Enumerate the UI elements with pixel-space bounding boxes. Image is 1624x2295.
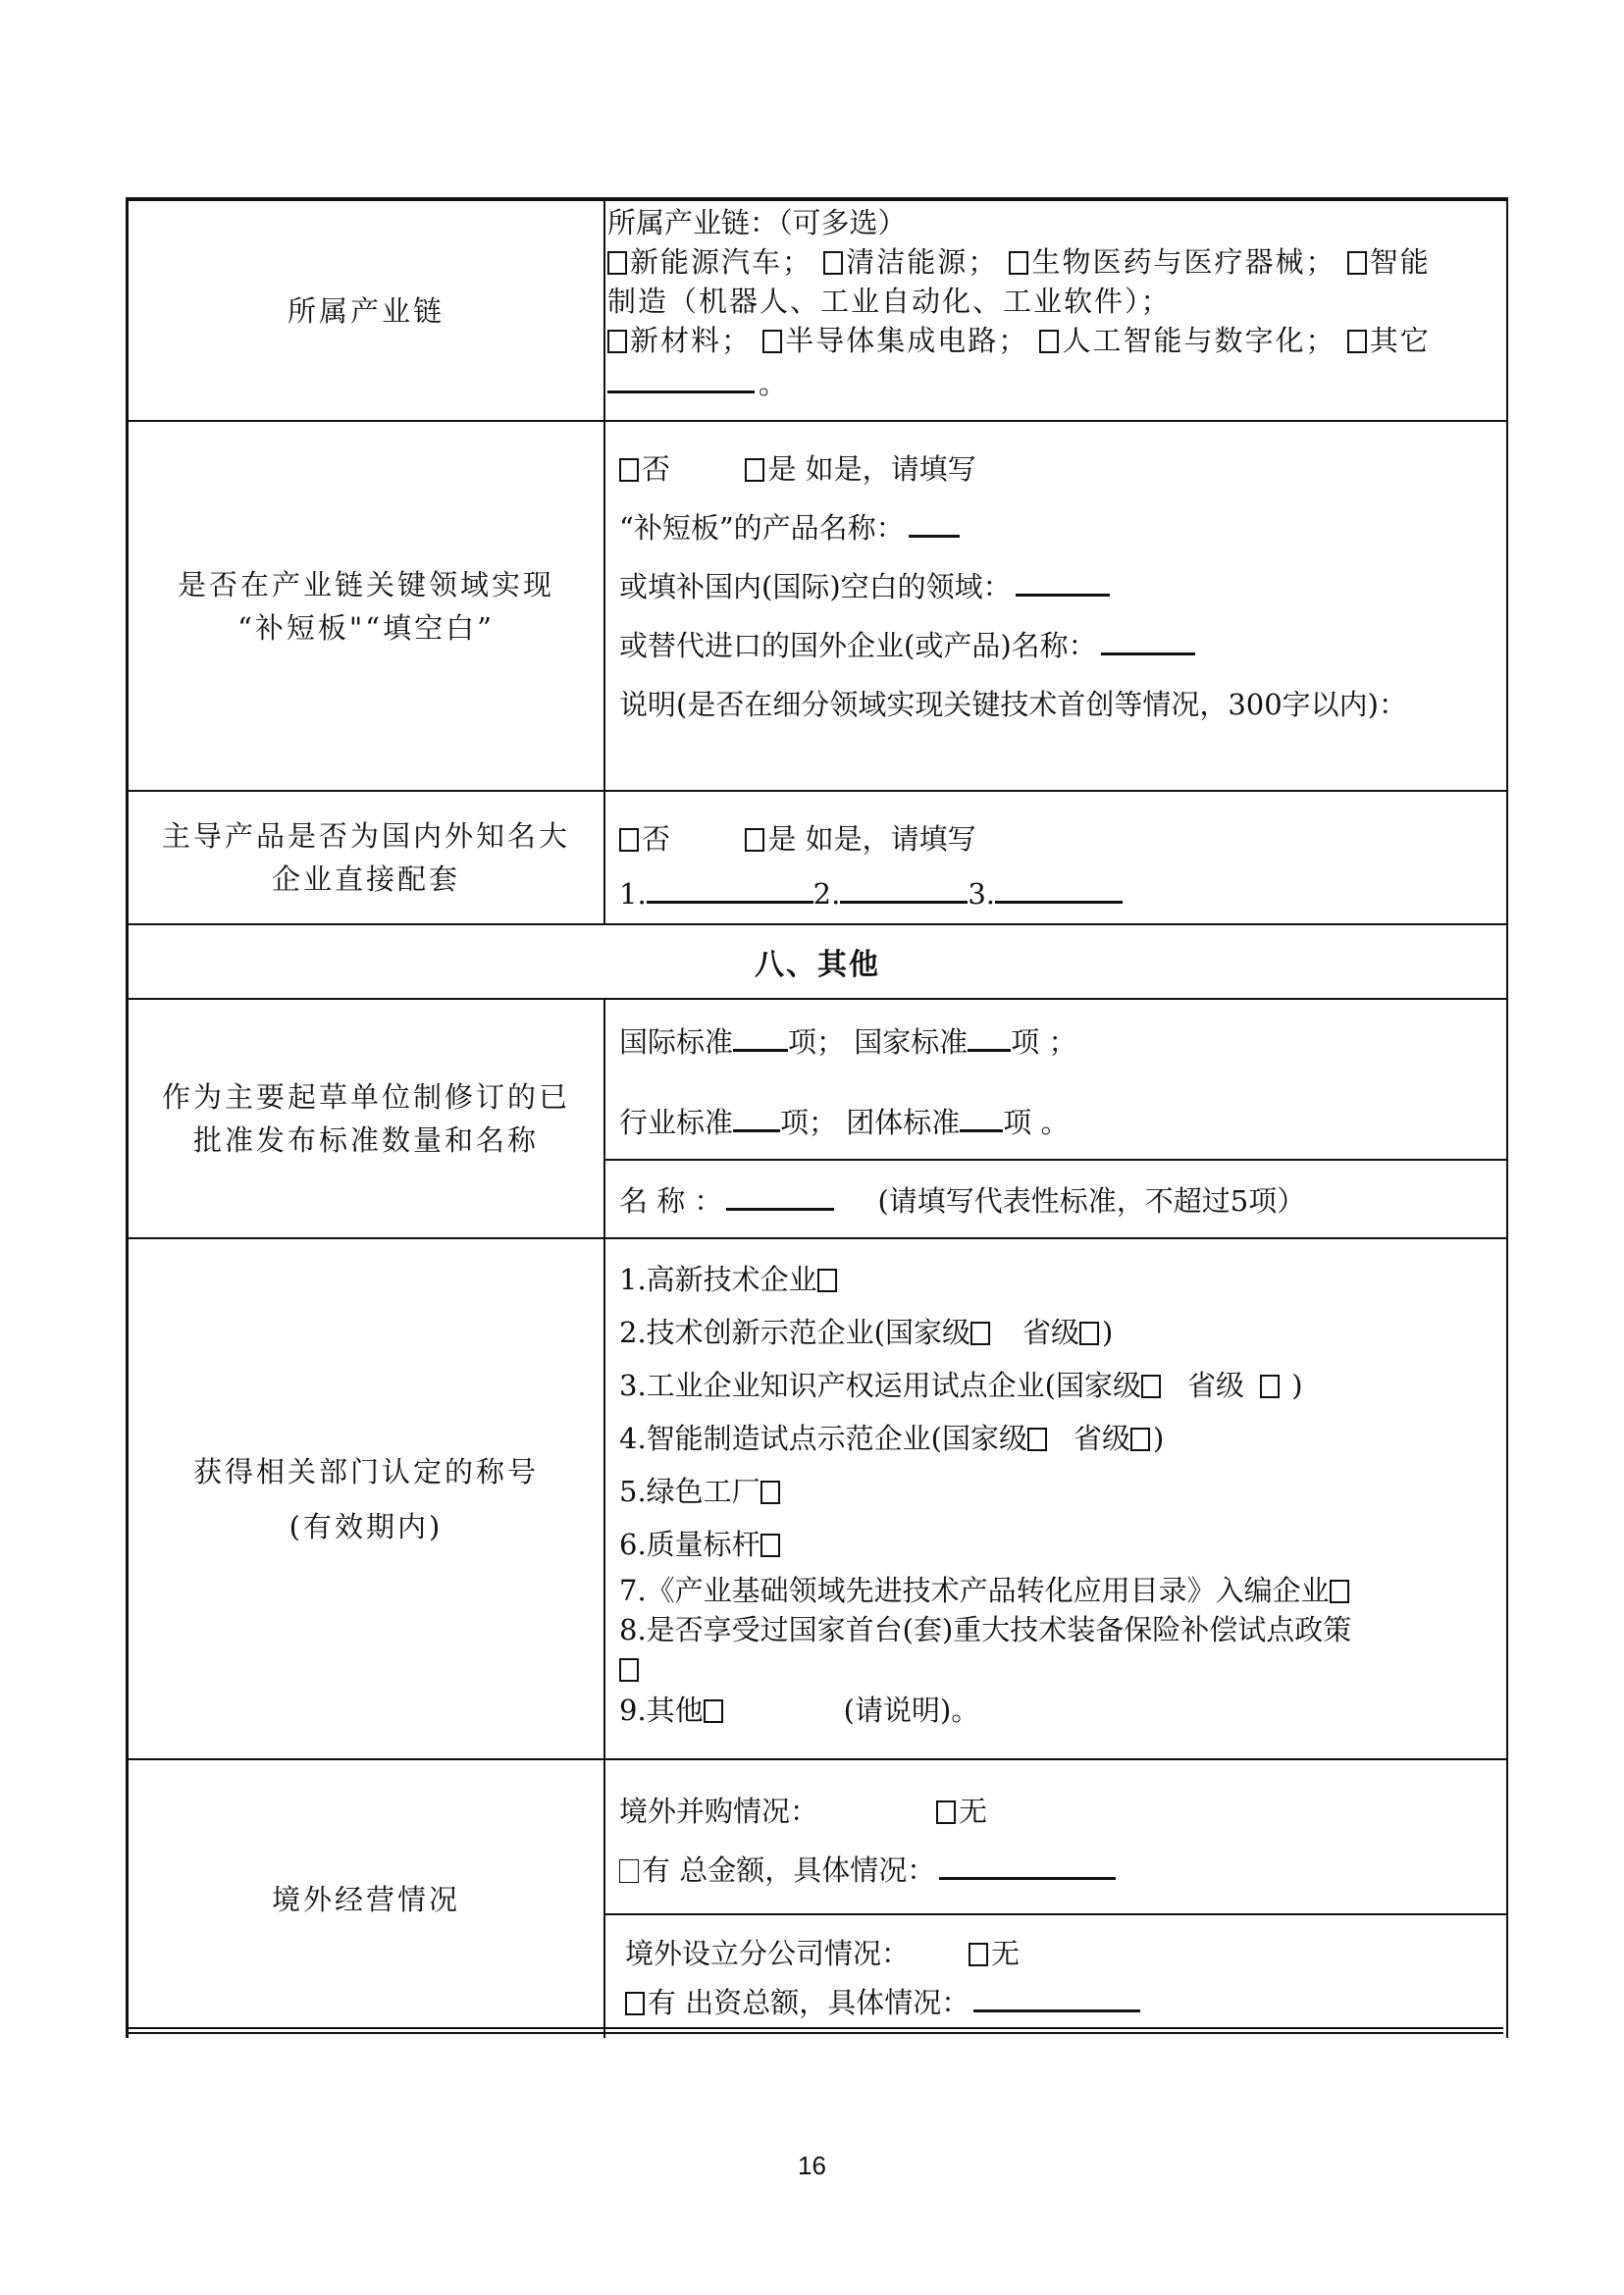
checkbox-biomedicine[interactable] [1009,251,1028,275]
row-supporting: 主导产品是否为国内外知名大 企业直接配套 否 是 如是，请填写 1.2.3. [129,792,1506,925]
title-ip-pilot: 3.工业企业知识产权运用试点企业(国家级 [619,1369,1141,1402]
option-intelligent-manufacturing: 智能 [1370,245,1431,279]
checkbox-ai-digital[interactable] [1039,330,1059,353]
ma-none-label: 无 [959,1795,987,1828]
ma-yes-label: 有 总金额，具体情况： [642,1853,935,1887]
intl-standard-count[interactable] [733,1048,788,1052]
domestic-gap-field[interactable] [1016,593,1110,597]
option-clean-energy: 清洁能源； [846,245,998,279]
paren: ) [1153,1422,1164,1455]
title-other-note: (请说明)。 [844,1694,980,1727]
unit: 项； [788,1025,845,1059]
shortboard-yes-label: 是 如是，请填写 [767,452,975,486]
shortboard-no-label: 否 [642,452,670,486]
overseas-ma-label: 境外并购情况： [619,1795,818,1828]
other-industry-field[interactable] [607,390,755,393]
checkbox-other[interactable] [1347,330,1367,353]
row-titles: 获得相关部门认定的称号 (有效期内) 1.高新技术企业 2.技术创新示范企业(国… [129,1239,1506,1760]
checkbox-shortboard-yes[interactable] [745,458,764,482]
checkbox-smart-manufacturing-national[interactable] [1027,1428,1047,1451]
ma-details-field[interactable] [939,1876,1116,1880]
branch-yes-label: 有 出资总额，具体情况： [648,1986,969,2019]
overseas-branch-label: 境外设立分公司情况： [625,1937,910,1970]
branch-details-field[interactable] [973,2008,1140,2012]
title-smart-manufacturing: 4.智能制造试点示范企业(国家级 [619,1422,1027,1455]
label-overseas: 境外经营情况 [129,1760,605,2038]
supporting-field-1[interactable] [647,900,813,904]
option-new-materials: 新材料； [630,324,752,357]
provincial-label: 省级 [1022,1316,1079,1349]
label-supporting-line1: 主导产品是否为国内外知名大 [162,814,570,858]
industry-standard-count[interactable] [733,1128,780,1132]
title-green-factory: 5.绿色工厂 [619,1475,760,1508]
label-shortboard-line2: “补短板"“填空白” [237,606,495,650]
checkbox-high-tech[interactable] [817,1269,837,1292]
shortboard-note: 说明(是否在细分领域实现关键技术首创等情况，300字以内)： [619,675,1506,734]
title-first-set-insurance: 8.是否享受过国家首台(套)重大技术装备保险补偿试点政策 [619,1613,1351,1646]
national-standard-label: 国家标准 [854,1025,968,1059]
label-titles-line1: 获得相关部门认定的称号 [193,1444,539,1499]
title-catalog: 7.《产业基础领域先进技术产品转化应用目录》入编企业 [619,1574,1330,1607]
checkbox-green-factory[interactable] [760,1481,780,1504]
table-bottom-border-2 [126,2032,1503,2034]
checkbox-ma-yes[interactable] [619,1859,639,1883]
paren: ) [1102,1316,1113,1349]
option-semiconductor: 半导体集成电路； [785,324,1028,357]
standard-name-label: 名 称 ： [619,1184,722,1218]
branch-none-label: 无 [991,1937,1020,1970]
option-new-energy-vehicle: 新能源汽车； [630,245,812,279]
supporting-no-label: 否 [642,822,670,856]
row-shortboard: 是否在产业链关键领域实现 “补短板"“填空白” 否 是 如是，请填写 “补短板”… [129,422,1506,792]
checkbox-intelligent-manufacturing[interactable] [1347,251,1367,275]
provincial-label: 省级 [1187,1369,1244,1402]
checkbox-branch-yes[interactable] [625,1992,645,2015]
checkbox-shortboard-no[interactable] [619,458,639,482]
table-bottom-border [126,2027,1503,2029]
item-3-label: 3. [968,877,995,911]
label-standards-line2: 批准发布标准数量和名称 [193,1119,539,1162]
checkbox-ip-pilot-provincial[interactable] [1260,1375,1280,1398]
option-biomedicine: 生物医药与医疗器械； [1031,245,1336,279]
supporting-field-3[interactable] [995,900,1123,904]
checkbox-first-set-insurance[interactable] [619,1658,639,1682]
national-standard-count[interactable] [968,1048,1011,1052]
industry-standard-label: 行业标准 [619,1106,733,1139]
checkbox-new-materials[interactable] [607,330,627,353]
option-ai-digital: 人工智能与数字化； [1062,324,1336,357]
item-1-label: 1. [619,877,647,911]
import-sub-label: 或替代进口的国外企业(或产品)名称： [619,629,1097,662]
import-sub-field[interactable] [1101,652,1195,655]
shortboard-product-field[interactable] [909,534,960,538]
row-standards: 作为主要起草单位制修订的已 批准发布标准数量和名称 国际标准项； 国家标准项 ；… [129,1000,1506,1239]
row-section-header: 八、其他 [129,925,1506,1000]
unit: 项 。 [1003,1106,1069,1139]
intl-standard-label: 国际标准 [619,1025,733,1059]
section-title: 八、其他 [129,925,1506,998]
provincial-label: 省级 [1074,1422,1130,1455]
industry-chain-heading: 所属产业链：（可多选） [607,203,1506,242]
supporting-yes-label: 是 如是，请填写 [767,822,975,856]
row-industry-chain: 所属产业链 所属产业链：（可多选） 新能源汽车； 清洁能源； 生物医药与医疗器械… [129,201,1506,422]
title-quality-benchmark: 6.质量标杆 [619,1528,760,1561]
supporting-field-2[interactable] [840,900,968,904]
standard-name-field[interactable] [726,1207,834,1211]
checkbox-smart-manufacturing-provincial[interactable] [1130,1428,1150,1451]
period: 。 [759,367,787,400]
label-shortboard-line1: 是否在产业链关键领域实现 [178,563,554,606]
item-2-label: 2. [813,877,841,911]
row-overseas: 境外经营情况 境外并购情况：无 有 总金额，具体情况： 境外设立分公司情况：无 … [129,1760,1506,2038]
standard-name-note: (请填写代表性标准，不超过5项） [877,1184,1305,1218]
unit: 项 ； [1011,1025,1076,1059]
checkbox-branch-none[interactable] [969,1943,988,1966]
checkbox-supporting-yes[interactable] [745,828,764,852]
title-other: 9.其他 [619,1694,704,1727]
paren: ) [1283,1369,1303,1402]
title-tech-innovation: 2.技术创新示范企业(国家级 [619,1316,970,1349]
form-table: 所属产业链 所属产业链：（可多选） 新能源汽车； 清洁能源； 生物医药与医疗器械… [126,197,1508,2038]
unit: 项； [780,1106,837,1139]
page-number: 16 [0,2151,1624,2181]
checkbox-tech-innovation-national[interactable] [970,1322,990,1345]
checkbox-supporting-no[interactable] [619,828,639,852]
option-intelligent-manufacturing-cont: 制造（机器人、工业自动化、工业软件）； [607,282,1506,321]
checkbox-quality-benchmark[interactable] [760,1534,780,1557]
title-high-tech: 1.高新技术企业 [619,1263,817,1296]
label-industry-chain: 所属产业链 [129,201,605,420]
checkbox-ma-none[interactable] [936,1800,956,1824]
group-standard-count[interactable] [960,1128,1003,1132]
checkbox-clean-energy[interactable] [823,251,843,275]
checkbox-catalog[interactable] [1330,1580,1349,1603]
group-standard-label: 团体标准 [846,1106,960,1139]
domestic-gap-label: 或填补国内(国际)空白的领域： [619,570,1012,603]
checkbox-title-other[interactable] [704,1699,723,1723]
checkbox-tech-innovation-provincial[interactable] [1079,1322,1099,1345]
checkbox-ip-pilot-national[interactable] [1141,1375,1161,1398]
checkbox-new-energy-vehicle[interactable] [607,251,627,275]
label-supporting-line2: 企业直接配套 [272,858,460,901]
shortboard-product-label: “补短板”的产品名称： [619,511,905,545]
label-standards-line1: 作为主要起草单位制修订的已 [162,1075,570,1119]
option-other: 其它 [1370,324,1431,357]
checkbox-semiconductor[interactable] [762,330,782,353]
label-titles-line2: (有效期内) [289,1499,444,1554]
